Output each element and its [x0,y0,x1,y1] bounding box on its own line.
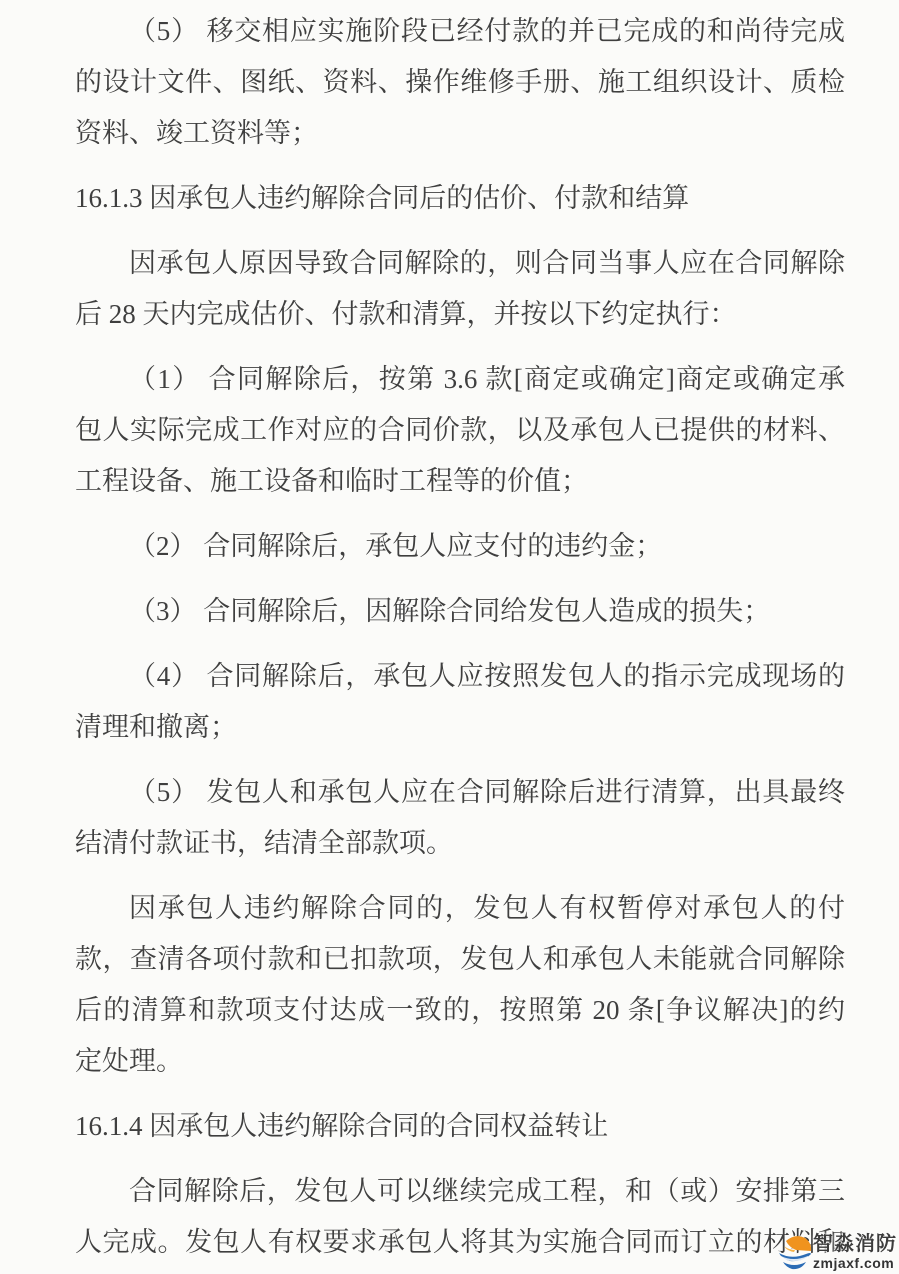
paragraph-line: 包人实际完成工作对应的合同价款，以及承包人已提供的材料、 [75,405,845,456]
paragraph-line: 因承包人原因导致合同解除的，则合同当事人应在合同解除 [75,238,845,289]
paragraph-line: 合同解除后，发包人可以继续完成工程，和（或）安排第三 [75,1166,845,1217]
document-page: （5） 移交相应实施阶段已经付款的并已完成的和尚待完成 的设计文件、图纸、资料、… [0,0,899,1274]
paragraph-line: 清理和撤离； [75,702,845,753]
list-item-line: （5） 发包人和承包人应在合同解除后进行清算，出具最终 [75,767,845,818]
list-item-line: （3） 合同解除后，因解除合同给发包人造成的损失； [75,586,845,637]
paragraph-line: 的设计文件、图纸、资料、操作维修手册、施工组织设计、质检 [75,57,845,108]
zhimiao-logo-icon [775,1232,815,1272]
watermark-domain: zmjaxf.com [813,1256,897,1270]
paragraph-line: 定处理。 [75,1036,845,1087]
paragraph-line: 款，查清各项付款和已扣款项，发包人和承包人未能就合同解除 [75,934,845,985]
paragraph-line: 后的清算和款项支付达成一致的，按照第 20 条[争议解决]的约 [75,985,845,1036]
list-item-line: （1） 合同解除后，按第 3.6 款[商定或确定]商定或确定承 [75,354,845,405]
section-heading-16-1-4: 16.1.4 因承包人违约解除合同的合同权益转让 [75,1101,845,1152]
watermark-brand: 智淼消防 [813,1234,897,1254]
paragraph-line: （5） 移交相应实施阶段已经付款的并已完成的和尚待完成 [75,6,845,57]
paragraph-line: 结清付款证书，结清全部款项。 [75,818,845,869]
list-item-line: （4） 合同解除后，承包人应按照发包人的指示完成现场的 [75,651,845,702]
paragraph-line: 人完成。发包人有权要求承包人将其为实施合同而订立的材料和 [75,1217,845,1268]
paragraph-line: 后 28 天内完成估价、付款和清算，并按以下约定执行： [75,289,845,340]
paragraph-line: 资料、竣工资料等； [75,108,845,159]
watermark: 智淼消防 zmjaxf.com [775,1232,897,1272]
watermark-text: 智淼消防 zmjaxf.com [813,1234,897,1270]
paragraph-line: 因承包人违约解除合同的，发包人有权暂停对承包人的付 [75,883,845,934]
paragraph-line: 工程设备、施工设备和临时工程等的价值； [75,456,845,507]
section-heading-16-1-3: 16.1.3 因承包人违约解除合同后的估价、付款和结算 [75,173,845,224]
list-item-line: （2） 合同解除后，承包人应支付的违约金； [75,521,845,572]
